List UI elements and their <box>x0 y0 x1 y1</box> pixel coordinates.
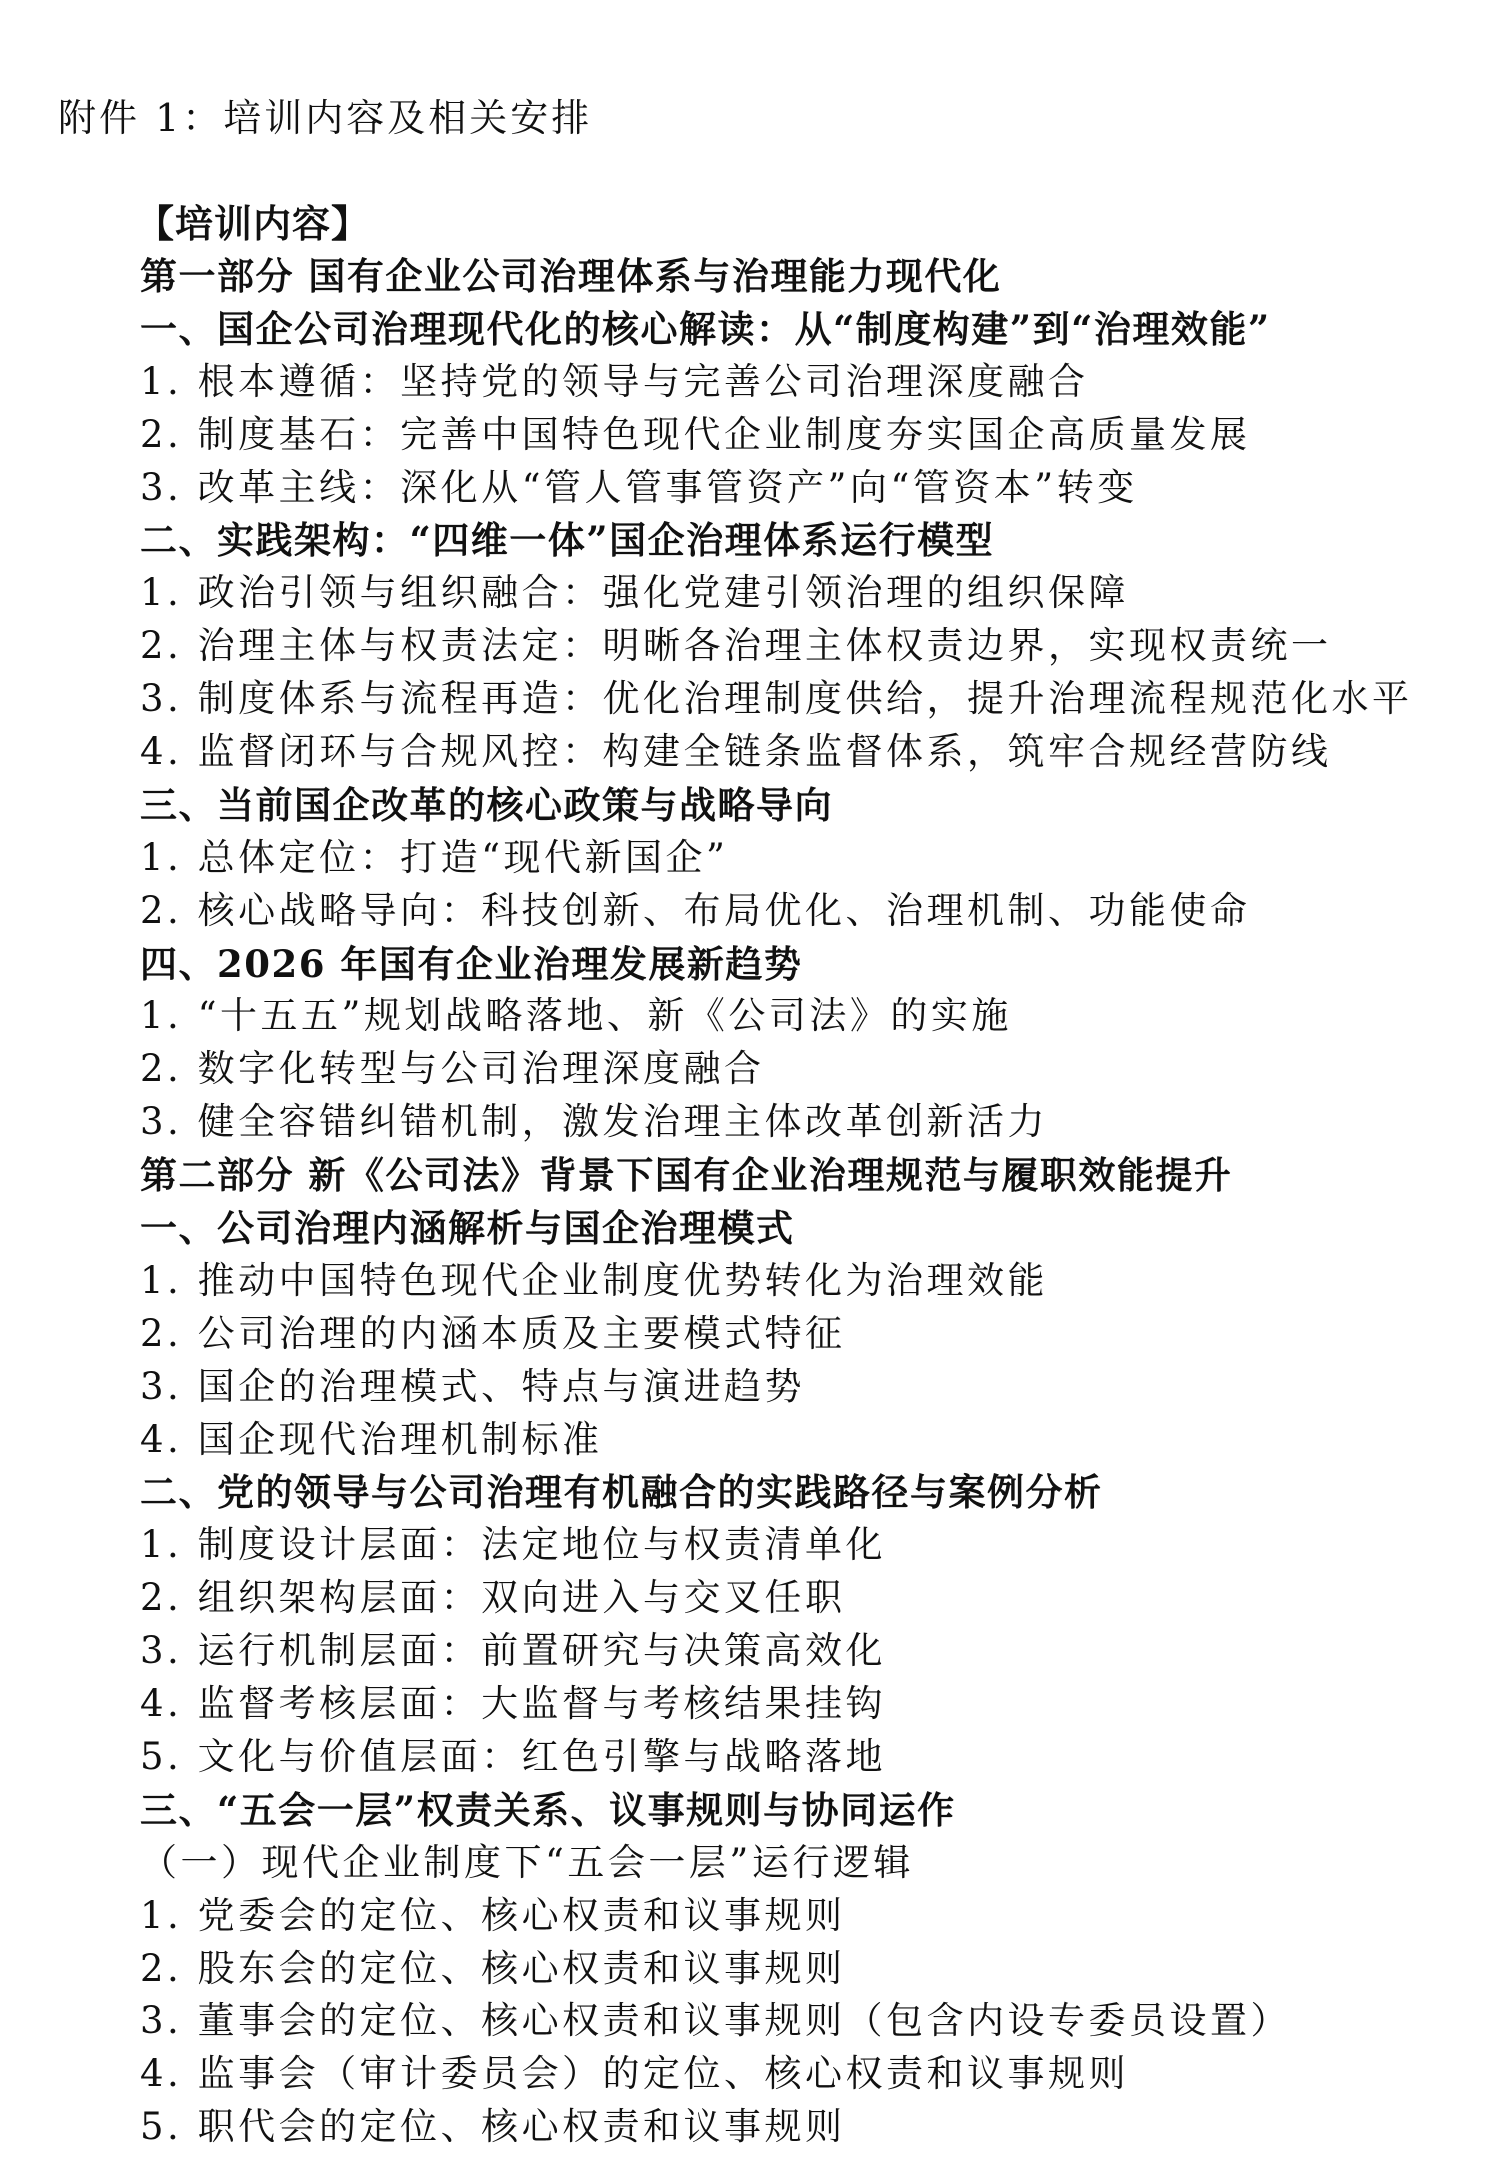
section-heading: 三、当前国企改革的核心政策与战略导向 <box>140 779 1480 832</box>
section-heading: 二、党的领导与公司治理有机融合的实践路径与案例分析 <box>140 1466 1480 1519</box>
part-heading: 第一部分 国有企业公司治理体系与治理能力现代化 <box>140 250 1480 303</box>
list-item: 4. 国企现代治理机制标准 <box>140 1414 1480 1467</box>
list-item: 3. 国企的治理模式、特点与演进趋势 <box>140 1361 1480 1414</box>
list-item: 2. 数字化转型与公司治理深度融合 <box>140 1043 1480 1096</box>
section-heading: 四、2026 年国有企业治理发展新趋势 <box>140 938 1480 991</box>
section-heading: 一、公司治理内涵解析与国企治理模式 <box>140 1202 1480 1255</box>
list-item: 3. 运行机制层面：前置研究与决策高效化 <box>140 1625 1480 1678</box>
list-item: 5. 职代会的定位、核心权责和议事规则 <box>140 2101 1480 2154</box>
list-item: 3. 改革主线：深化从“管人管事管资产”向“管资本”转变 <box>140 462 1480 515</box>
list-item: 1. 推动中国特色现代企业制度优势转化为治理效能 <box>140 1255 1480 1308</box>
list-item: 2. 核心战略导向：科技创新、布局优化、治理机制、功能使命 <box>140 885 1480 938</box>
list-item: 1. 制度设计层面：法定地位与权责清单化 <box>140 1519 1480 1572</box>
training-content-outline: 第一部分 国有企业公司治理体系与治理能力现代化 一、国企公司治理现代化的核心解读… <box>140 250 1480 2154</box>
list-item: 3. 董事会的定位、核心权责和议事规则（包含内设专委员设置） <box>140 1995 1480 2048</box>
list-item: 1. 党委会的定位、核心权责和议事规则 <box>140 1890 1480 1943</box>
section-heading: 一、国企公司治理现代化的核心解读：从“制度构建”到“治理效能” <box>140 303 1480 356</box>
list-item: 1. 政治引领与组织融合：强化党建引领治理的组织保障 <box>140 567 1480 620</box>
list-item: 1. 总体定位：打造“现代新国企” <box>140 832 1480 885</box>
list-item: 4. 监督闭环与合规风控：构建全链条监督体系，筑牢合规经营防线 <box>140 726 1480 779</box>
part-heading: 第二部分 新《公司法》背景下国有企业治理规范与履职效能提升 <box>140 1149 1480 1202</box>
sub-section-heading: （一）现代企业制度下“五会一层”运行逻辑 <box>140 1837 1480 1890</box>
list-item: 2. 制度基石：完善中国特色现代企业制度夯实国企高质量发展 <box>140 409 1480 462</box>
list-item: 2. 股东会的定位、核心权责和议事规则 <box>140 1943 1480 1996</box>
list-item: 5. 文化与价值层面：红色引擎与战略落地 <box>140 1731 1480 1784</box>
list-item: 2. 组织架构层面：双向进入与交叉任职 <box>140 1572 1480 1625</box>
list-item: 1. 根本遵循：坚持党的领导与完善公司治理深度融合 <box>140 356 1480 409</box>
section-heading: 三、“五会一层”权责关系、议事规则与协同运作 <box>140 1784 1480 1837</box>
list-item: 4. 监督考核层面：大监督与考核结果挂钩 <box>140 1678 1480 1731</box>
list-item: 2. 公司治理的内涵本质及主要模式特征 <box>140 1308 1480 1361</box>
section-tag-training-content: 【培训内容】 <box>136 198 370 250</box>
page-title: 附件 1：培训内容及相关安排 <box>58 92 592 144</box>
list-item: 4. 监事会（审计委员会）的定位、核心权责和议事规则 <box>140 2048 1480 2101</box>
list-item: 3. 健全容错纠错机制，激发治理主体改革创新活力 <box>140 1096 1480 1149</box>
list-item: 1. “十五五”规划战略落地、新《公司法》的实施 <box>140 990 1480 1043</box>
section-heading: 二、实践架构：“四维一体”国企治理体系运行模型 <box>140 514 1480 567</box>
list-item: 2. 治理主体与权责法定：明晰各治理主体权责边界，实现权责统一 <box>140 620 1480 673</box>
list-item: 3. 制度体系与流程再造：优化治理制度供给，提升治理流程规范化水平 <box>140 673 1480 726</box>
